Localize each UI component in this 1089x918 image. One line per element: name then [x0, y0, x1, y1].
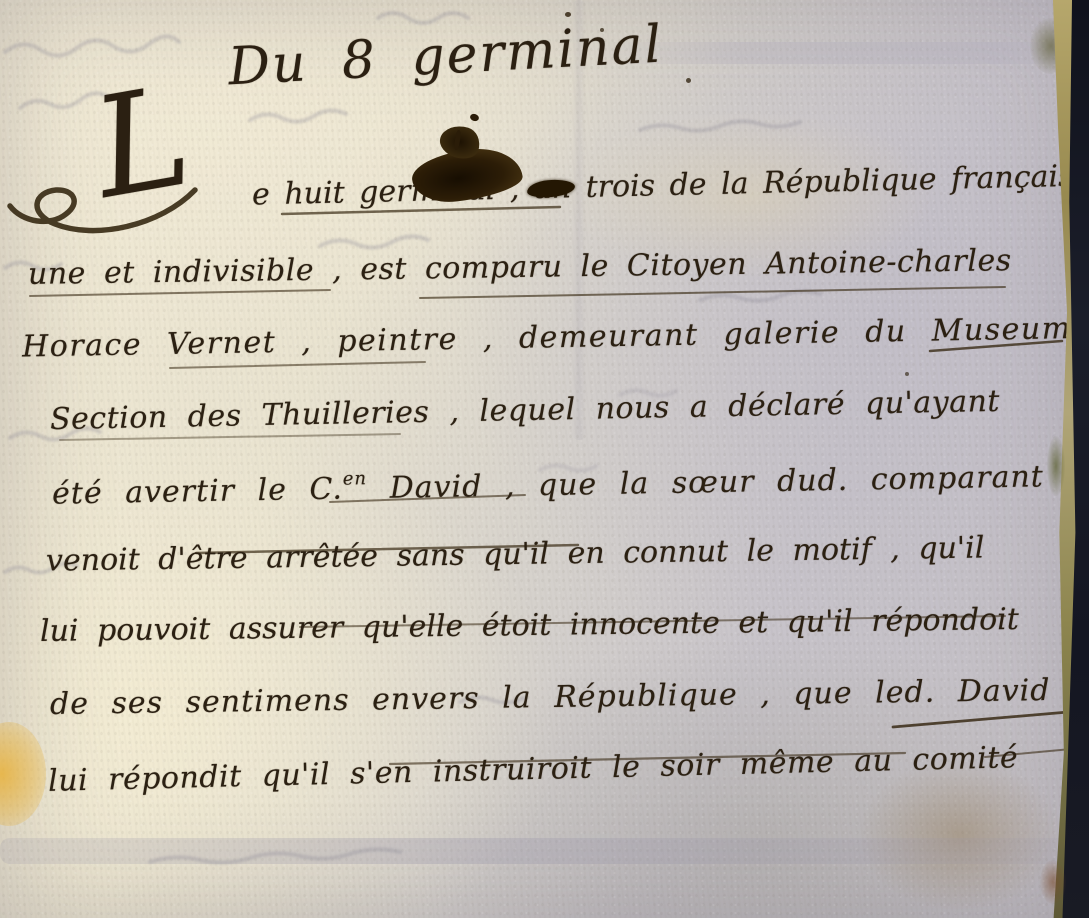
manuscript-line-8: de ses sentimens envers la République , …	[50, 673, 1051, 723]
manuscript-line-5: été avertir le C.en David , que la sœur …	[52, 456, 1044, 512]
yellow-stain	[0, 722, 46, 826]
manuscript-line-9: lui répondit qu'il s'en instruiroit le s…	[48, 740, 1019, 800]
manuscript-page-photo: Du 8 germinal L e huit germinal , an tro…	[0, 0, 1089, 918]
bottom-shadow-band	[0, 838, 1089, 864]
ink-blot-upper	[436, 121, 483, 163]
bleedthrough-band	[590, 42, 1089, 64]
manuscript-line-3: Horace Vernet , peintre , demeurant gale…	[22, 311, 1089, 366]
ink-speck	[686, 78, 691, 83]
drop-cap-initial: L	[85, 67, 199, 219]
line-5-text-continued: David , que la sœur dud. comparant	[367, 459, 1044, 506]
manuscript-line-6: venoit d'être arrêtée sans qu'il en conn…	[46, 530, 985, 579]
ink-speck	[600, 28, 604, 32]
edge-discoloration-bottom	[1040, 860, 1066, 904]
manuscript-line-2: une et indivisible , est comparu le Cito…	[28, 243, 1012, 293]
edge-discoloration	[1047, 436, 1065, 496]
brown-stain	[860, 760, 1060, 910]
date-heading: Du 8 germinal	[227, 15, 665, 98]
ink-speck	[469, 113, 480, 123]
manuscript-line-1: e huit germinal , an trois de la Républi…	[252, 158, 1089, 213]
line-5-text: été avertir le C.	[52, 472, 343, 512]
ink-speck	[565, 12, 571, 17]
manuscript-line-7: lui pouvoit assurer qu'elle étoit innoce…	[40, 602, 1019, 650]
ink-speck	[905, 372, 909, 376]
citoyen-abbreviation-superscript: en	[343, 468, 368, 489]
manuscript-line-4: Section des Thuilleries , lequel nous a …	[50, 384, 1001, 438]
ink-drip	[453, 130, 461, 151]
